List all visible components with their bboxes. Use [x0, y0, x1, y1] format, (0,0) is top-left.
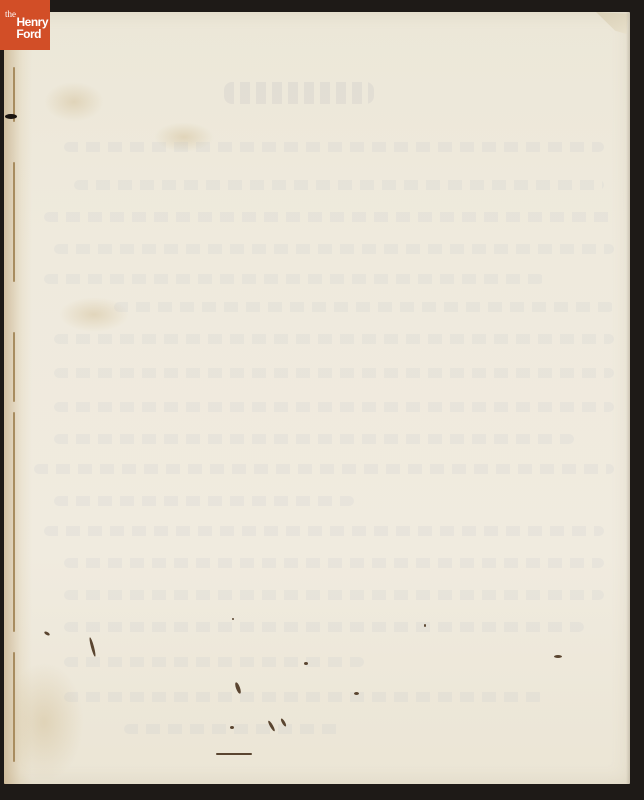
faint-handwriting-line	[54, 496, 354, 506]
faint-handwriting-line	[44, 526, 604, 536]
faint-handwriting-line	[54, 368, 614, 378]
ink-speck	[304, 662, 308, 665]
the-henry-ford-logo: the Henry Ford	[0, 0, 50, 50]
ink-speck	[232, 618, 234, 620]
binding-stitch	[13, 412, 15, 632]
ink-speck	[88, 637, 96, 657]
manuscript-page	[4, 12, 630, 784]
ink-speck	[354, 692, 359, 695]
page-edge	[626, 12, 630, 784]
faint-handwriting-line	[64, 692, 544, 702]
ink-speck	[554, 655, 562, 658]
faint-handwriting-line	[114, 302, 614, 312]
binding-stitch	[13, 162, 15, 282]
ink-speck	[230, 726, 234, 729]
faint-heading	[224, 82, 374, 104]
binding-stitch	[13, 332, 15, 402]
faint-handwriting-line	[44, 274, 544, 284]
logo-ford: Ford	[16, 28, 41, 40]
ink-speck	[424, 624, 426, 627]
faint-handwriting-line	[64, 590, 604, 600]
faint-handwriting-line	[54, 244, 614, 254]
binding-knot	[5, 114, 17, 119]
ink-speck	[44, 631, 51, 637]
faint-handwriting-line	[34, 464, 614, 474]
faint-handwriting-line	[64, 657, 364, 667]
paper-stain	[4, 662, 84, 782]
faint-handwriting-line	[54, 402, 614, 412]
faint-handwriting-line	[54, 434, 574, 444]
paper-stain	[44, 82, 104, 122]
faint-handwriting-line	[124, 724, 344, 734]
faint-handwriting-line	[74, 180, 604, 190]
faint-handwriting-line	[54, 334, 614, 344]
faint-handwriting-line	[64, 142, 604, 152]
faint-handwriting-line	[64, 622, 584, 632]
ink-speck	[216, 753, 252, 755]
faint-handwriting-line	[64, 558, 604, 568]
logo-the: the	[5, 10, 16, 19]
faint-handwriting-line	[44, 212, 614, 222]
folded-corner	[596, 12, 628, 34]
